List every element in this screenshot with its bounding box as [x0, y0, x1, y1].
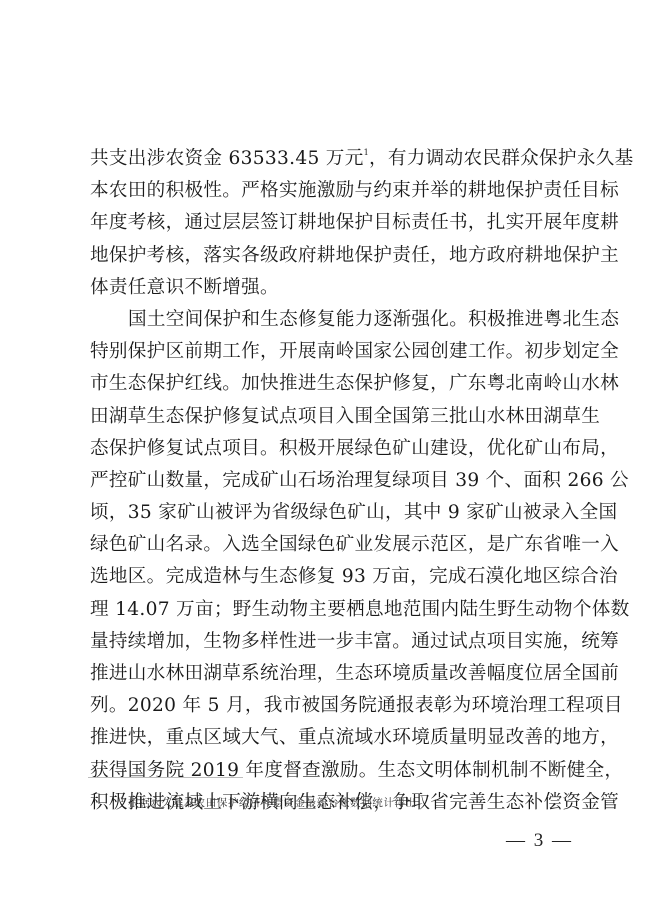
paragraph-2-line-2: 特别保护区前期工作，开展南岭国家公园创建工作。初步划定全: [90, 336, 562, 368]
paragraph-1-line-2: 本农田的积极性。严格实施激励与约束并举的耕地保护责任目标: [90, 175, 562, 207]
paragraph-2-line-3: 市生态保护红线。加快推进生态保护修复，广东粤北南岭山水林: [90, 368, 562, 400]
paragraph-2-line-8: 绿色矿山名录。入选全国绿色矿业发展示范区，是广东省唯一入: [90, 529, 562, 561]
paragraph-2-line-10: 理 14.07 万亩；野生动物主要栖息地范围内陆生野生动物个体数: [90, 594, 562, 626]
paragraph-2-line-12: 推进山水林田湖草系统治理，生态环境质量改善幅度位居全国前: [90, 658, 562, 690]
paragraph-2-line-13: 列。2020 年 5 月，我市被国务院通报表彰为环境治理工程项目: [90, 690, 562, 722]
page-number: — 3 —: [506, 830, 573, 852]
paragraph-2-line-5: 态保护修复试点项目。积极开展绿色矿山建设，优化矿山布局，: [90, 433, 562, 465]
footnote-marker: 1: [120, 796, 125, 804]
paragraph-2-line-4: 田湖草生态保护修复试点项目入围全国第三批山水林田湖草生: [90, 401, 562, 433]
paragraph-2-line-15: 获得国务院 2019 年度督查激励。生态文明体制机制不断健全，: [90, 755, 562, 787]
footnote-divider: [88, 777, 243, 778]
paragraph-1-line-5: 体责任意识不断增强。: [90, 272, 562, 304]
footnote: 1根据永久基本农田保护经济补偿资金最新台账数据统计得出: [120, 795, 417, 810]
footnote-text: 根据永久基本农田保护经济补偿资金最新台账数据统计得出: [128, 797, 417, 809]
paragraph-2-line-14: 推进快，重点区域大气、重点流域水环境质量明显改善的地方，: [90, 722, 562, 754]
paragraph-1-line-3: 年度考核，通过层层签订耕地保护目标责任书，扎实开展年度耕: [90, 207, 562, 239]
line-text: ，有力调动农民群众保护永久基: [369, 148, 634, 169]
paragraph-2-line-7: 顷，35 家矿山被评为省级绿色矿山，其中 9 家矿山被录入全国: [90, 497, 562, 529]
paragraph-1-line-1: 共支出涉农资金 63533.45 万元1，有力调动农民群众保护永久基: [90, 143, 562, 175]
paragraph-1-line-4: 地保护考核，落实各级政府耕地保护责任，地方政府耕地保护主: [90, 240, 562, 272]
paragraph-2-line-11: 量持续增加，生物多样性进一步丰富。通过试点项目实施，统筹: [90, 626, 562, 658]
line-text: 共支出涉农资金 63533.45 万元: [90, 148, 364, 169]
paragraph-2-line-6: 严控矿山数量，完成矿山石场治理复绿项目 39 个、面积 266 公: [90, 465, 562, 497]
body-text: 共支出涉农资金 63533.45 万元1，有力调动农民群众保护永久基 本农田的积…: [90, 143, 562, 819]
paragraph-2-line-1: 国土空间保护和生态修复能力逐渐强化。积极推进粤北生态: [90, 304, 562, 336]
paragraph-2-line-9: 选地区。完成造林与生态修复 93 万亩，完成石漠化地区综合治: [90, 561, 562, 593]
document-page: 共支出涉农资金 63533.45 万元1，有力调动农民群众保护永久基 本农田的积…: [0, 0, 650, 919]
